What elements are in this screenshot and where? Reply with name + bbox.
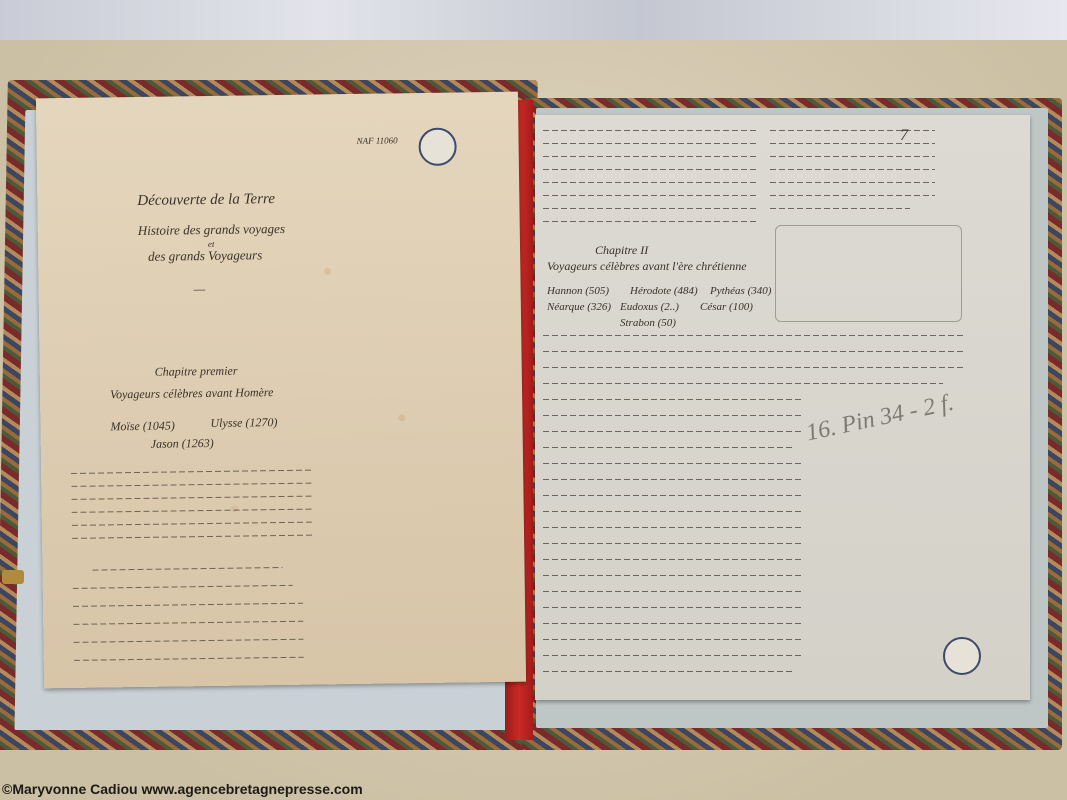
title-line-2: Histoire des grands voyages	[138, 221, 285, 239]
name-5: Eudoxus (2..)	[620, 301, 679, 313]
title-line-1: Découverte de la Terre	[137, 191, 275, 210]
background-wall	[0, 0, 1067, 45]
dash: —	[193, 281, 205, 297]
chapter-subtitle: Voyageurs célèbres avant l'ère chrétienn…	[547, 259, 747, 274]
chapter-heading: Chapitre II	[595, 243, 648, 258]
left-manuscript-page: NAF 11060 Découverte de la Terre Histoir…	[36, 92, 526, 689]
right-manuscript-page: 7 Chapitre II Voyageurs célèbres avant l…	[535, 115, 1030, 700]
name-1: Moïse (1045)	[110, 418, 175, 434]
library-stamp-icon	[943, 637, 981, 675]
brass-clasp-icon	[2, 570, 24, 584]
name-2: Hérodote (484)	[630, 285, 698, 297]
library-stamp-icon	[418, 128, 457, 167]
name-3: Pythéas (340)	[710, 285, 771, 297]
chapter-heading: Chapitre premier	[155, 364, 238, 380]
pencil-note: 16. Pin 34 - 2 f.	[804, 390, 956, 448]
name-3: Jason (1263)	[151, 436, 214, 452]
title-line-4: des grands Voyageurs	[148, 247, 262, 265]
name-1: Hannon (505)	[547, 285, 609, 297]
photo-credit: ©Maryvonne Cadiou www.agencebretagnepres…	[2, 781, 363, 797]
name-2: Ulysse (1270)	[210, 415, 277, 431]
sketch-box	[775, 225, 962, 322]
name-6: César (100)	[700, 301, 753, 313]
chapter-subtitle: Voyageurs célèbres avant Homère	[110, 385, 274, 402]
name-4: Néarque (326)	[547, 301, 611, 313]
name-7: Strabon (50)	[620, 317, 676, 329]
shelfmark: NAF 11060	[356, 135, 397, 146]
